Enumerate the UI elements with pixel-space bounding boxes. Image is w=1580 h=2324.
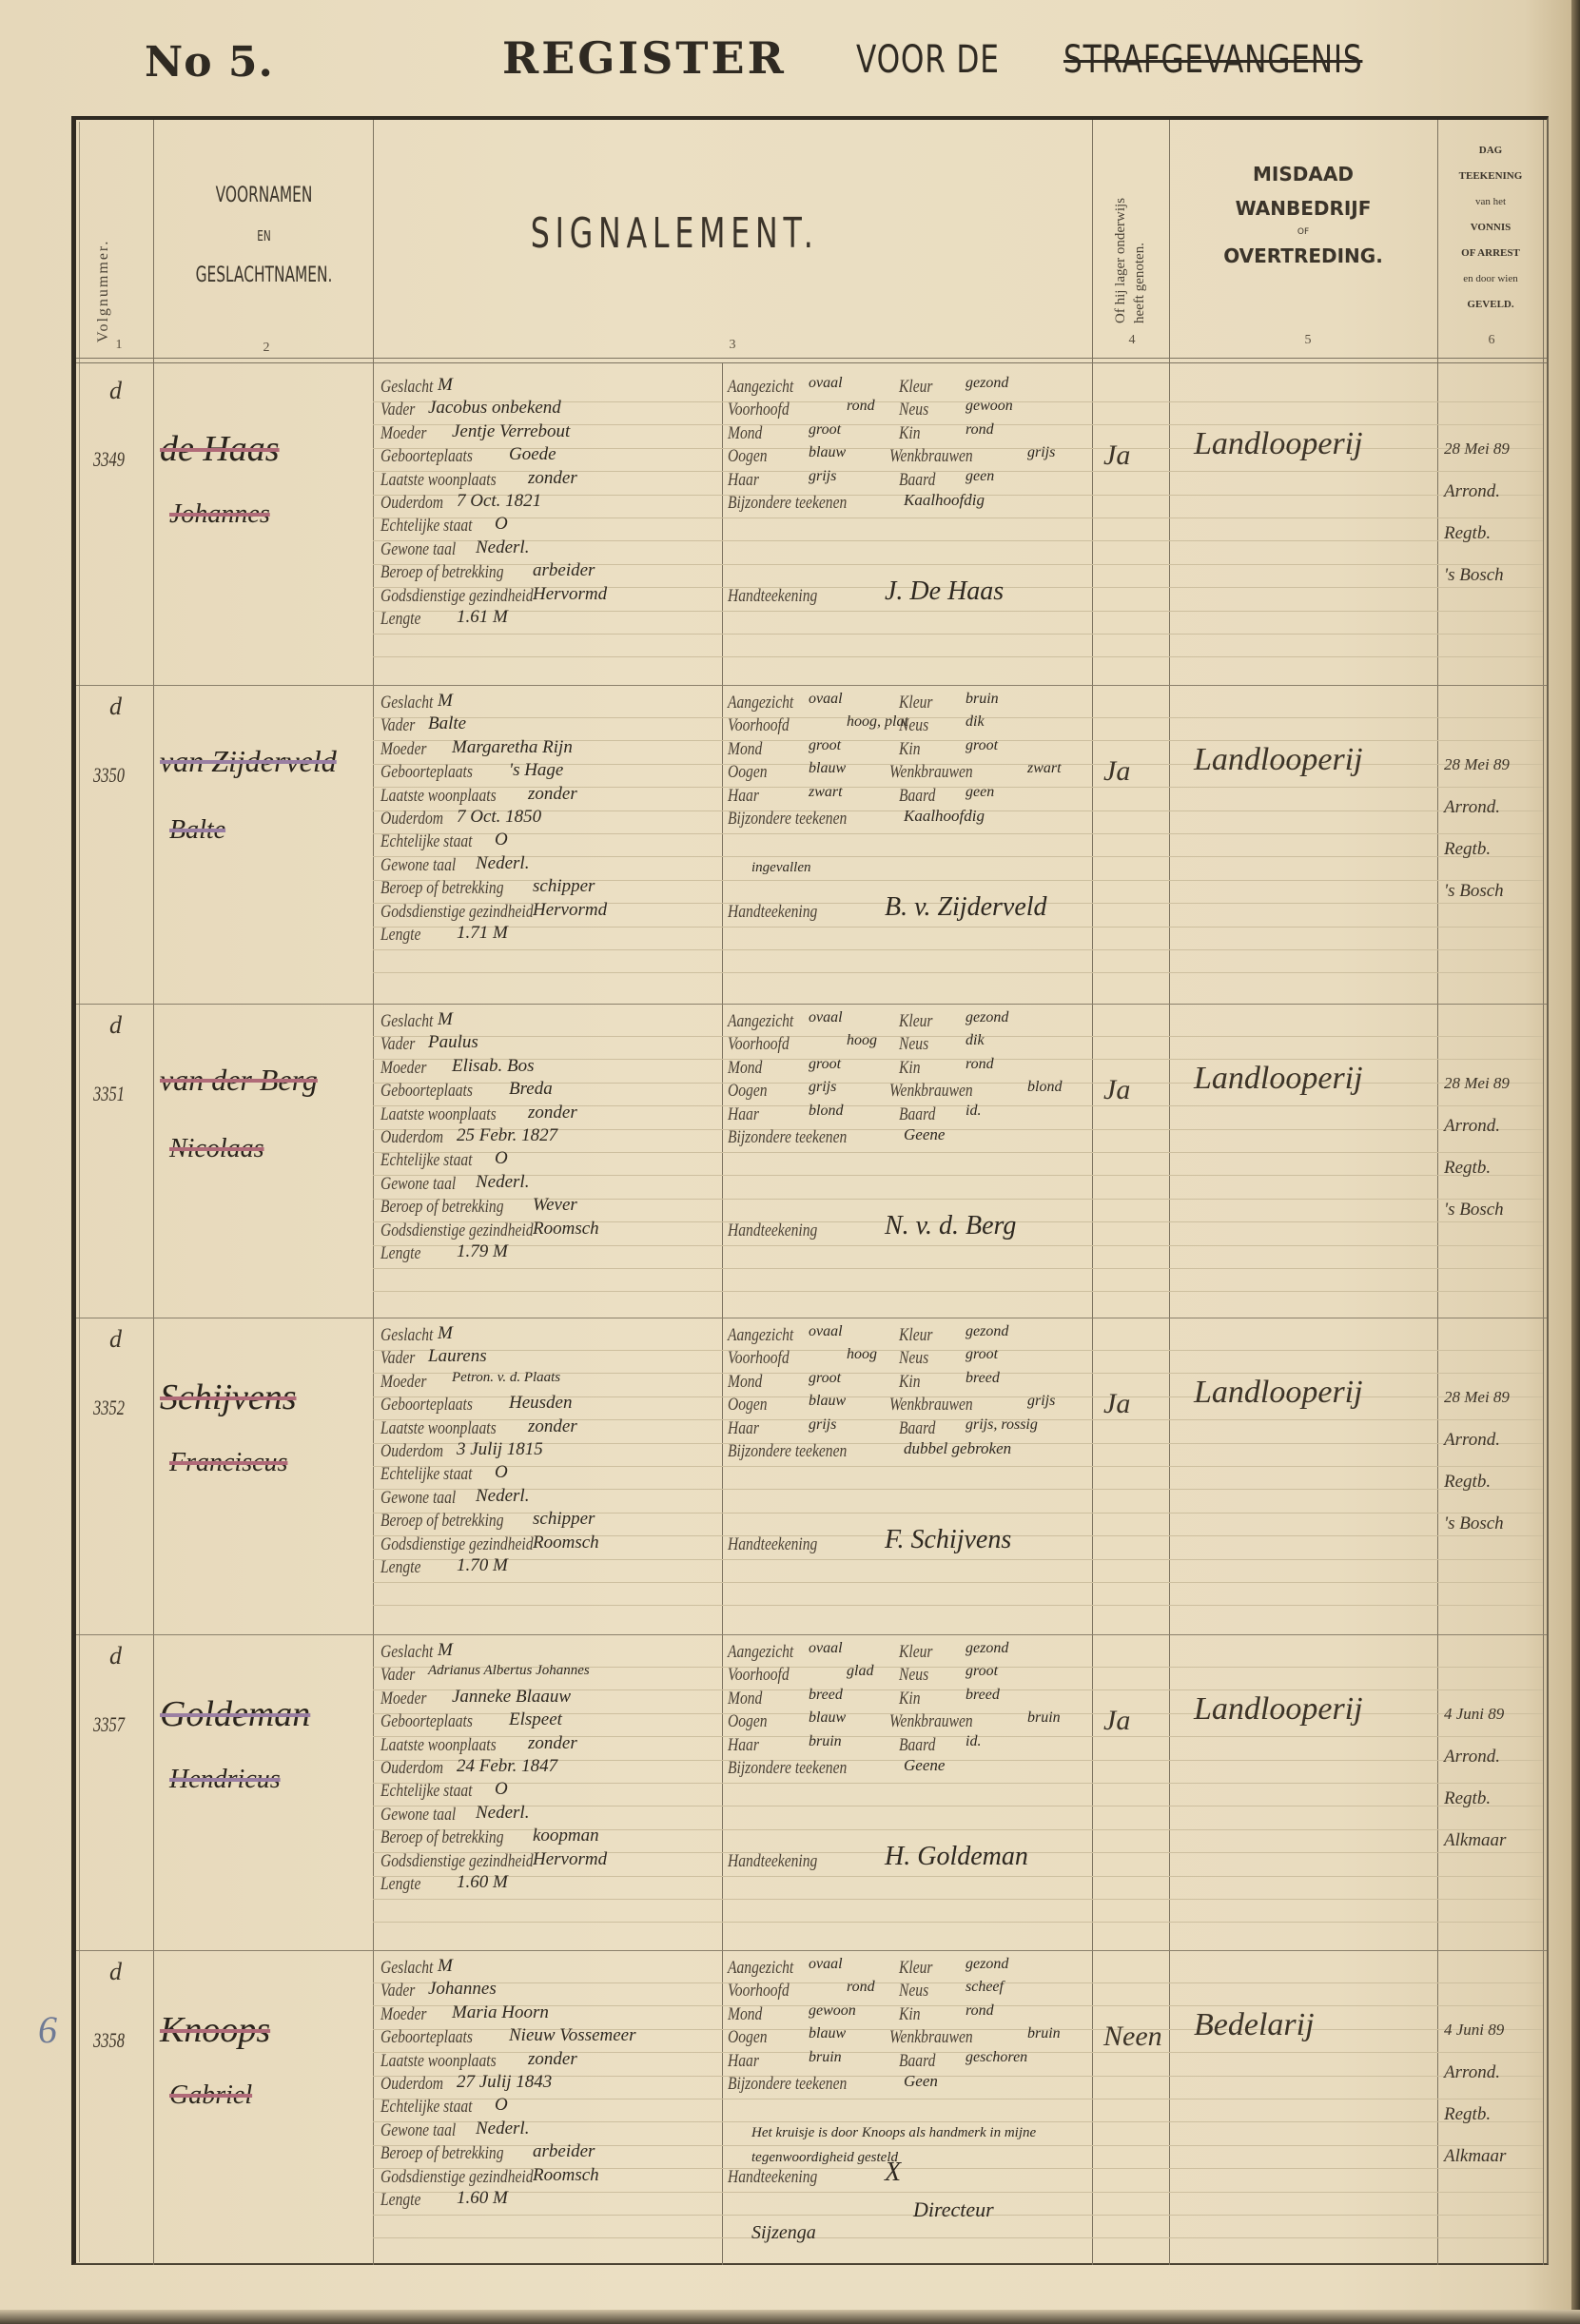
entry-mark: d <box>109 1325 122 1354</box>
field-value-geboorteplaats: 's Hage <box>509 760 563 781</box>
field-value-echtelijke-staat: O <box>495 514 508 535</box>
field-label: Kin <box>899 739 921 760</box>
vonnis-line: 4 Juni 89 <box>1444 1705 1504 1724</box>
misdaad-value: Landlooperij <box>1194 426 1363 462</box>
field-label: Beroep of betrekking <box>380 1511 503 1532</box>
field-label: Mond <box>728 739 762 760</box>
vonnis-line: 's Bosch <box>1444 565 1504 586</box>
given-name: Hendricus <box>169 1765 281 1795</box>
field-value-echtelijke-staat: O <box>495 1462 508 1483</box>
field-label: Geboorteplaats <box>380 2027 473 2048</box>
field-label: Ouderdom <box>380 1127 443 1148</box>
field-label: Geboorteplaats <box>380 762 473 783</box>
field-value: geschoren <box>966 2049 1027 2066</box>
field-value: gezond <box>966 375 1008 392</box>
field-label: Godsdienstige gezindheid <box>380 1851 534 1872</box>
field-value: hoog <box>847 1032 877 1049</box>
ruled-line <box>373 1059 1543 1060</box>
field-value: zwart <box>1027 760 1062 777</box>
field-value: rond <box>966 1056 994 1073</box>
field-label: Kleur <box>899 1011 932 1032</box>
field-label: Gewone taal <box>380 2120 456 2141</box>
field-value-godsdienst: Hervormd <box>533 584 607 605</box>
field-label: Laatste woonplaats <box>380 786 497 807</box>
field-value-lengte: 1.70 M <box>457 1555 508 1576</box>
ruled-line <box>373 1291 1543 1292</box>
field-label: Baard <box>899 1104 935 1125</box>
field-value-ouderdom: 24 Febr. 1847 <box>457 1756 557 1777</box>
onderwijs-value: Ja <box>1103 755 1130 788</box>
field-label: Aangezicht <box>728 377 793 398</box>
field-value: breed <box>809 1687 843 1704</box>
field-value: id. <box>966 1103 981 1120</box>
field-value-lengte: 1.79 M <box>457 1241 508 1262</box>
field-label: Laatste woonplaats <box>380 1735 497 1756</box>
field-label: Moeder <box>380 1689 426 1709</box>
vonnis-line: 28 Mei 89 <box>1444 1388 1510 1407</box>
field-label: Bijzondere teekenen <box>728 2074 847 2095</box>
field-value-laatste-woonplaats: zonder <box>528 1416 577 1437</box>
vonnis-line: 28 Mei 89 <box>1444 755 1510 774</box>
field-value-laatste-woonplaats: zonder <box>528 1103 577 1123</box>
vonnis-line: 's Bosch <box>1444 1514 1504 1534</box>
header-geveld: GEVELD. <box>1438 292 1543 318</box>
field-label: Ouderdom <box>380 1758 443 1779</box>
field-value-echtelijke-staat: O <box>495 1148 508 1169</box>
field-value-bijzondere-teekenen: Kaalhoofdig <box>904 807 985 826</box>
header-volgnummer: Volgnummer. <box>95 190 112 342</box>
field-label: Kleur <box>899 693 932 713</box>
field-label: Voorhoofd <box>728 1981 790 2002</box>
misdaad-value: Landlooperij <box>1194 742 1363 778</box>
field-value: dik <box>966 713 985 731</box>
field-value: grijs, rossig <box>966 1416 1038 1434</box>
field-label: Oogen <box>728 762 768 783</box>
field-value: zwart <box>809 784 843 801</box>
header-van-het: van het <box>1438 189 1543 215</box>
field-label: Wenkbrauwen <box>889 1711 973 1732</box>
field-label: Mond <box>728 423 762 444</box>
field-value-beroep: schipper <box>533 1509 595 1530</box>
field-value: gewoon <box>966 398 1013 415</box>
field-value: blauw <box>809 444 846 461</box>
field-value-godsdienst: Roomsch <box>533 1533 599 1553</box>
row-divider <box>76 1634 1547 1635</box>
misdaad-value: Bedelarij <box>1194 2007 1315 2043</box>
field-label: Aangezicht <box>728 1642 793 1663</box>
field-value-lengte: 1.60 M <box>457 1872 508 1893</box>
vonnis-line: 's Bosch <box>1444 881 1504 902</box>
field-label: Oogen <box>728 1711 768 1732</box>
field-value-godsdienst: Hervormd <box>533 1849 607 1870</box>
entry-mark: d <box>109 1958 122 1986</box>
field-label: Geslacht <box>380 1642 433 1663</box>
field-label: Ouderdom <box>380 493 443 514</box>
field-label: Handteekening <box>728 902 817 923</box>
field-value: bruin <box>1027 1709 1061 1727</box>
field-label: Lengte <box>380 925 420 946</box>
field-value-geslacht: M <box>438 375 453 396</box>
field-value-beroep: koopman <box>533 1826 599 1846</box>
field-value-gewone-taal: Nederl. <box>476 2119 529 2139</box>
field-label: Lengte <box>380 609 420 630</box>
field-value-bijzondere-teekenen: dubbel gebroken <box>904 1439 1011 1458</box>
ruled-line <box>373 833 1543 834</box>
field-label: Moeder <box>380 2004 426 2025</box>
field-value: blauw <box>809 2025 846 2042</box>
field-label: Neus <box>899 1034 928 1055</box>
field-value: rond <box>966 2002 994 2020</box>
field-value: grijs <box>809 1416 836 1434</box>
header-bottom-line <box>76 358 1547 363</box>
row-divider <box>76 1318 1547 1318</box>
col3-inner-divider <box>722 363 723 2265</box>
header-misdaad-line: MISDAAD <box>1180 157 1427 191</box>
onderwijs-value: Ja <box>1103 1705 1130 1737</box>
ruled-line <box>373 1899 1543 1900</box>
signature: F. Schijvens <box>885 1525 1011 1555</box>
row-divider <box>76 1950 1547 1951</box>
field-label: Kin <box>899 2004 921 2025</box>
vonnis-line: 28 Mei 89 <box>1444 1074 1510 1093</box>
field-label: Beroep of betrekking <box>380 562 503 583</box>
right-inner-line <box>1543 120 1544 2265</box>
field-label: Handteekening <box>728 1221 817 1241</box>
volgnummer: 3350 <box>93 763 125 788</box>
field-value: ovaal <box>809 691 843 708</box>
header-geslachtnamen: GESLACHTNAMEN. <box>192 256 336 296</box>
header-overtreding-line: OVERTREDING. <box>1180 239 1427 273</box>
surname: Goldeman <box>160 1693 310 1735</box>
field-value: groot <box>966 1663 998 1680</box>
witness-signature: Sijzenga <box>751 2222 816 2244</box>
field-label: Oogen <box>728 2027 768 2048</box>
field-value-echtelijke-staat: O <box>495 2095 508 2116</box>
margin-note: 6 <box>38 2007 57 2052</box>
given-name: Balte <box>169 815 225 846</box>
field-value: id. <box>966 1733 981 1750</box>
field-value: bruin <box>966 691 999 708</box>
field-label: Godsdienstige gezindheid <box>380 1221 534 1241</box>
field-label: Laatste woonplaats <box>380 470 497 491</box>
field-label: Mond <box>728 1058 762 1079</box>
field-label: Echtelijke staat <box>380 1464 472 1485</box>
field-value-lengte: 1.60 M <box>457 2188 508 2209</box>
surname: Schijvens <box>160 1377 297 1418</box>
field-label: Moeder <box>380 423 426 444</box>
field-label: Handteekening <box>728 1851 817 1872</box>
vonnis-line: 4 Juni 89 <box>1444 2021 1504 2040</box>
field-label: Neus <box>899 1348 928 1369</box>
col-number-5: 5 <box>1298 333 1317 348</box>
field-label: Wenkbrauwen <box>889 762 973 783</box>
ruled-line <box>373 2192 1543 2193</box>
field-label: Geboorteplaats <box>380 1711 473 1732</box>
field-label: Beroep of betrekking <box>380 1827 503 1848</box>
field-value: blauw <box>809 1709 846 1727</box>
field-label: Ouderdom <box>380 809 443 830</box>
field-value: groot <box>809 1056 841 1073</box>
field-label: Geboorteplaats <box>380 1395 473 1416</box>
field-value: gezond <box>966 1323 1008 1340</box>
field-label: Geslacht <box>380 377 433 398</box>
field-label: Handteekening <box>728 1534 817 1555</box>
field-label: Vader <box>380 1665 415 1686</box>
field-label: Baard <box>899 1735 935 1756</box>
field-value: groot <box>809 737 841 754</box>
field-label: Gewone taal <box>380 855 456 876</box>
field-label: Geboorteplaats <box>380 446 473 467</box>
field-label: Baard <box>899 786 935 807</box>
field-label: Kin <box>899 1372 921 1393</box>
field-label: Neus <box>899 1665 928 1686</box>
field-value-ouderdom: 27 Julij 1843 <box>457 2072 552 2093</box>
header-misdaad: MISDAAD WANBEDRIJF OF OVERTREDING. <box>1180 157 1427 273</box>
field-value: grijs <box>809 468 836 485</box>
col-number-4: 4 <box>1122 333 1141 348</box>
field-value: gezond <box>966 1640 1008 1657</box>
vonnis-line: Arrond. <box>1444 2062 1500 2083</box>
field-value-beroep: schipper <box>533 876 595 897</box>
field-label: Baard <box>899 470 935 491</box>
ruled-line <box>373 2237 1543 2238</box>
field-value: groot <box>809 1370 841 1387</box>
field-value-geboorteplaats: Nieuw Vossemeer <box>509 2025 636 2046</box>
field-value: rond <box>847 1979 875 1996</box>
field-label: Geslacht <box>380 1958 433 1979</box>
ruled-line <box>373 518 1543 518</box>
field-label: Ouderdom <box>380 1441 443 1462</box>
field-value-geslacht: M <box>438 1323 453 1344</box>
ruled-line <box>373 1268 1543 1269</box>
surname: Knoops <box>160 2009 270 2051</box>
field-label: Lengte <box>380 1243 420 1264</box>
field-label: Kin <box>899 1689 921 1709</box>
field-value-vader: Laurens <box>428 1346 487 1367</box>
field-value: ovaal <box>809 375 843 392</box>
header-dagteekening: DAG TEEKENING van het VONNIS OF ARREST e… <box>1438 138 1543 318</box>
field-value: ovaal <box>809 1323 843 1340</box>
header-voornamen: VOORNAMEN <box>192 176 336 216</box>
field-label: Geboorteplaats <box>380 1081 473 1102</box>
field-label: Moeder <box>380 739 426 760</box>
ruled-line <box>373 972 1543 973</box>
inner-left-line <box>79 122 80 2262</box>
header-onderwijs-line1: Of hij lager onderwijs <box>1113 198 1128 323</box>
field-label: Bijzondere teekenen <box>728 809 847 830</box>
field-value: ovaal <box>809 1009 843 1026</box>
vonnis-line: Regtb. <box>1444 839 1491 860</box>
field-value-bijzondere-teekenen: Geene <box>904 1125 945 1144</box>
field-label: Moeder <box>380 1372 426 1393</box>
field-label: Moeder <box>380 1058 426 1079</box>
field-label: Vader <box>380 1348 415 1369</box>
field-label: Wenkbrauwen <box>889 446 973 467</box>
surname: de Haas <box>160 428 280 470</box>
field-value-moeder: Jentje Verrebout <box>452 421 570 442</box>
field-value: bruin <box>809 2049 842 2066</box>
field-value: rond <box>847 398 875 415</box>
col-divider-1 <box>153 120 154 2265</box>
vonnis-line: Alkmaar <box>1444 1830 1506 1851</box>
field-value-geslacht: M <box>438 691 453 712</box>
field-label: Voorhoofd <box>728 1665 790 1686</box>
field-value: geen <box>966 468 994 485</box>
ruled-line <box>373 1982 1543 1983</box>
vonnis-line: Regtb. <box>1444 1472 1491 1493</box>
field-label: Laatste woonplaats <box>380 2051 497 2072</box>
ruled-line <box>373 611 1543 612</box>
header-dag: DAG <box>1438 138 1543 164</box>
col-number-3: 3 <box>723 338 742 353</box>
field-label: Haar <box>728 470 759 491</box>
ruled-line <box>373 1582 1543 1583</box>
given-name: Gabriel <box>169 2080 252 2111</box>
onderwijs-value: Ja <box>1103 439 1130 472</box>
field-value-beroep: Wever <box>533 1195 577 1216</box>
field-value-godsdienst: Roomsch <box>533 1219 599 1240</box>
header-names: VOORNAMEN EN GESLACHTNAMEN. <box>192 176 336 296</box>
field-value-extra-note: ingevallen <box>751 855 1075 880</box>
vonnis-line: Arrond. <box>1444 481 1500 502</box>
field-value: geen <box>966 784 994 801</box>
field-label: Bijzondere teekenen <box>728 1127 847 1148</box>
field-value: groot <box>966 1346 998 1363</box>
field-value-geboorteplaats: Elspeet <box>509 1709 562 1730</box>
col-divider-5 <box>1437 120 1438 2265</box>
field-label: Ouderdom <box>380 2074 443 2095</box>
col-number-2: 2 <box>257 341 276 356</box>
field-value-ouderdom: 7 Oct. 1850 <box>457 807 541 828</box>
field-value: gezond <box>966 1009 1008 1026</box>
field-label: Bijzondere teekenen <box>728 493 847 514</box>
field-label: Oogen <box>728 446 768 467</box>
field-label: Gewone taal <box>380 1805 456 1826</box>
field-value: grijs <box>1027 444 1055 461</box>
given-name: Johannes <box>169 499 270 530</box>
signature: J. De Haas <box>885 576 1004 607</box>
field-label: Voorhoofd <box>728 1348 790 1369</box>
field-label: Godsdienstige gezindheid <box>380 902 534 923</box>
field-value: blauw <box>809 1393 846 1410</box>
vonnis-line: 's Bosch <box>1444 1200 1504 1221</box>
field-value-vader: Jacobus onbekend <box>428 398 561 419</box>
header-en-door-wien: en door wien <box>1438 266 1543 292</box>
field-value-gewone-taal: Nederl. <box>476 1486 529 1507</box>
field-label: Kleur <box>899 377 932 398</box>
field-value-vader: Paulus <box>428 1032 478 1053</box>
ruled-line <box>373 1559 1543 1560</box>
field-label: Handteekening <box>728 2167 817 2188</box>
misdaad-value: Landlooperij <box>1194 1061 1363 1097</box>
ruled-line <box>373 1489 1543 1490</box>
field-label: Gewone taal <box>380 1174 456 1195</box>
field-label: Haar <box>728 1104 759 1125</box>
field-value-gewone-taal: Nederl. <box>476 1803 529 1824</box>
entry-mark: d <box>109 1011 122 1040</box>
field-label: Oogen <box>728 1395 768 1416</box>
field-value-vader: Johannes <box>428 1979 497 2000</box>
header-signalement: SIGNALEMENT. <box>514 209 835 258</box>
field-label: Haar <box>728 1418 759 1439</box>
field-value: hoog <box>847 1346 877 1363</box>
field-value-geboorteplaats: Goede <box>509 444 556 465</box>
field-label: Handteekening <box>728 586 817 607</box>
field-label: Vader <box>380 400 415 420</box>
vonnis-line: Regtb. <box>1444 1788 1491 1809</box>
field-value: bruin <box>1027 2025 1061 2042</box>
field-value: grijs <box>809 1079 836 1096</box>
onderwijs-value: Ja <box>1103 1388 1130 1420</box>
field-label: Laatste woonplaats <box>380 1418 497 1439</box>
header-teekening: TEEKENING <box>1438 164 1543 189</box>
field-value: groot <box>966 737 998 754</box>
field-value: gezond <box>966 1956 1008 1973</box>
header-en: EN <box>192 216 336 256</box>
ruled-line <box>373 540 1543 541</box>
given-name: Franciscus <box>169 1448 287 1478</box>
field-label: Mond <box>728 2004 762 2025</box>
field-value: glad <box>847 1663 873 1680</box>
volgnummer: 3352 <box>93 1396 125 1420</box>
field-label: Mond <box>728 1372 762 1393</box>
ruled-line <box>373 949 1543 950</box>
field-label: Kleur <box>899 1642 932 1663</box>
header-of-line: OF <box>1180 225 1427 239</box>
field-value-moeder: Petron. v. d. Plaats <box>452 1370 560 1386</box>
field-value-geslacht: M <box>438 1009 453 1030</box>
field-label: Echtelijke staat <box>380 1781 472 1802</box>
book-binding <box>1571 0 1580 2324</box>
signature: B. v. Zijderveld <box>885 892 1047 923</box>
field-label: Baard <box>899 1418 935 1439</box>
field-label: Laatste woonplaats <box>380 1104 497 1125</box>
vonnis-line: Arrond. <box>1444 797 1500 818</box>
ruled-line <box>373 1036 1543 1037</box>
field-label: Haar <box>728 1735 759 1756</box>
field-label: Lengte <box>380 1557 420 1578</box>
field-value-ouderdom: 7 Oct. 1821 <box>457 491 541 512</box>
ruled-line <box>373 656 1543 657</box>
ruled-line <box>373 1783 1543 1784</box>
field-value-moeder: Maria Hoorn <box>452 2002 549 2023</box>
field-value: rond <box>966 421 994 439</box>
surname: van Zijderveld <box>160 744 337 779</box>
field-label: Kin <box>899 423 921 444</box>
field-label: Bijzondere teekenen <box>728 1758 847 1779</box>
field-label: Kin <box>899 1058 921 1079</box>
field-value-bijzondere-teekenen: Geen <box>904 2072 938 2091</box>
field-value-vader: Balte <box>428 713 466 734</box>
field-value-moeder: Janneke Blaauw <box>452 1687 571 1708</box>
field-value: scheef <box>966 1979 1004 1996</box>
vonnis-line: Regtb. <box>1444 2104 1491 2125</box>
field-label: Mond <box>728 1689 762 1709</box>
field-value-bijzondere-teekenen: Kaalhoofdig <box>904 491 985 510</box>
vonnis-line: Arrond. <box>1444 1747 1500 1767</box>
volgnummer: 3351 <box>93 1082 125 1106</box>
header-wanbedrijf-line: WANBEDRIJF <box>1180 191 1427 225</box>
field-value-ouderdom: 25 Febr. 1827 <box>457 1125 557 1146</box>
volgnummer: 3349 <box>93 447 125 472</box>
field-value: breed <box>966 1687 1000 1704</box>
field-label: Aangezicht <box>728 1011 793 1032</box>
ruled-line <box>373 1922 1543 1923</box>
field-label: Neus <box>899 715 928 736</box>
field-label: Godsdienstige gezindheid <box>380 586 534 607</box>
signature: X <box>885 2158 901 2188</box>
field-value-extra-note: Het kruisje is door Knoops als handmerk … <box>751 2120 1075 2170</box>
